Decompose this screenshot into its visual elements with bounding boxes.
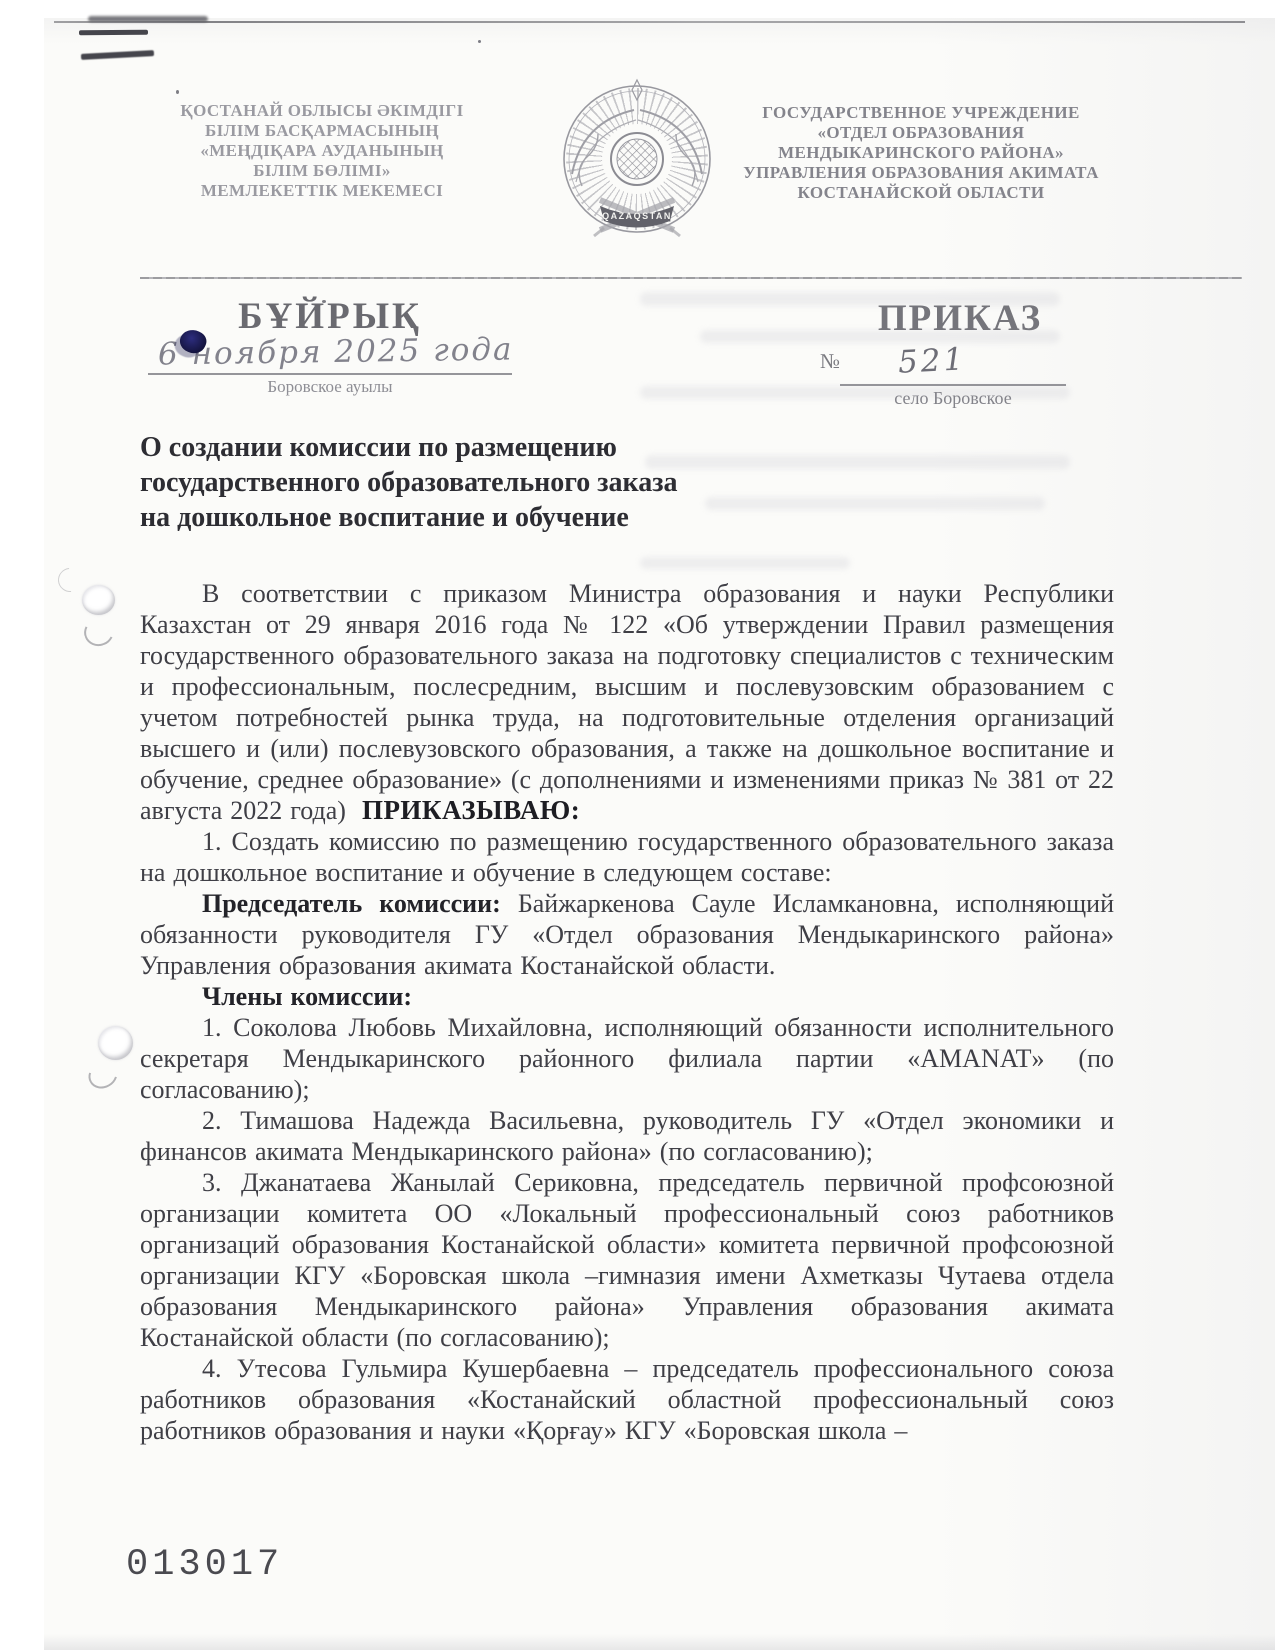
org-line: «МЕҢДІҚАРА АУДАНЫНЫҢ [146, 141, 498, 161]
preamble-paragraph: В соответствии с приказом Министра образ… [140, 578, 1114, 826]
chair-paragraph: Председатель комиссии: Байжаркенова Саул… [140, 888, 1114, 981]
org-line: БІЛІМ БАСҚАРМАСЫНЫҢ [146, 121, 498, 141]
order-subject: О создании комиссии по размещению госуда… [140, 430, 780, 535]
staple-mark [79, 30, 148, 36]
subject-line: на дошкольное воспитание и обучение [140, 500, 780, 535]
resolve-word: ПРИКАЗЫВАЮ: [362, 795, 580, 825]
place-label-russian: село Боровское [828, 388, 1078, 409]
kazakhstan-state-emblem-icon: QAZAQSTAN [556, 78, 718, 250]
order-body: В соответствии с приказом Министра образ… [140, 578, 1114, 1446]
emblem-banner-text: QAZAQSTAN [602, 211, 672, 221]
org-line: «ОТДЕЛ ОБРАЗОВАНИЯ [730, 123, 1112, 143]
punch-hole [82, 585, 115, 615]
org-line: МЕМЛЕКЕТТІК МЕКЕМЕСІ [146, 181, 498, 201]
org-name-kazakh: ҚОСТАНАЙ ОБЛЫСЫ ӘКІМДІГІ БІЛІМ БАСҚАРМАС… [146, 101, 498, 201]
scan-speck [478, 40, 481, 43]
item-1-paragraph: 1. Создать комиссию по размещению госуда… [140, 826, 1114, 888]
form-serial-number: 013017 [126, 1544, 283, 1586]
emblem-drawing: QAZAQSTAN [556, 78, 718, 250]
header-separator-rule [140, 277, 1242, 279]
member-paragraph: 2. Тимашова Надежда Васильевна, руководи… [140, 1105, 1114, 1167]
member-paragraph: 4. Утесова Гульмира Кушербаевна – предсе… [140, 1353, 1114, 1446]
org-line: ҚОСТАНАЙ ОБЛЫСЫ ӘКІМДІГІ [146, 101, 498, 121]
scanned-order-document: ҚОСТАНАЙ ОБЛЫСЫ ӘКІМДІГІ БІЛІМ БАСҚАРМАС… [0, 0, 1275, 1650]
org-line: КОСТАНАЙСКОЙ ОБЛАСТИ [730, 183, 1112, 203]
org-line: ГОСУДАРСТВЕННОЕ УЧРЕЖДЕНИЕ [730, 103, 1112, 123]
members-label: Члены комиссии: [202, 982, 412, 1011]
bleed-through-smudge [640, 557, 850, 569]
org-line: БІЛІМ БӨЛІМІ» [146, 161, 498, 181]
org-line: УПРАВЛЕНИЯ ОБРАЗОВАНИЯ АКИМАТА [730, 163, 1112, 183]
handwritten-order-number: 521 [897, 341, 967, 381]
org-line: МЕНДЫКАРИНСКОГО РАЙОНА» [730, 143, 1112, 163]
member-paragraph: 3. Джанатаева Жанылай Сериковна, председ… [140, 1167, 1114, 1353]
scan-edge-line [54, 21, 1245, 23]
order-number-label: № [820, 349, 840, 374]
date-underline [148, 373, 512, 375]
org-name-russian: ГОСУДАРСТВЕННОЕ УЧРЕЖДЕНИЕ «ОТДЕЛ ОБРАЗО… [730, 103, 1112, 203]
chair-label: Председатель комиссии: [202, 889, 501, 918]
subject-line: О создании комиссии по размещению [140, 430, 780, 465]
members-label-paragraph: Члены комиссии: [140, 981, 1114, 1012]
scan-edge-smudge [88, 16, 208, 22]
member-paragraph: 1. Соколова Любовь Михайловна, исполняющ… [140, 1012, 1114, 1105]
punch-hole [98, 1026, 133, 1060]
number-underline [840, 384, 1066, 386]
handwritten-date: 6 ноября 2025 года [158, 332, 514, 373]
subject-line: государственного образовательного заказа [140, 465, 780, 500]
scan-speck [176, 90, 179, 94]
place-label-kazakh: Боровское ауылы [150, 377, 510, 397]
order-title-russian: ПРИКАЗ [795, 297, 1125, 340]
preamble-text: В соответствии с приказом Министра образ… [140, 579, 1114, 825]
